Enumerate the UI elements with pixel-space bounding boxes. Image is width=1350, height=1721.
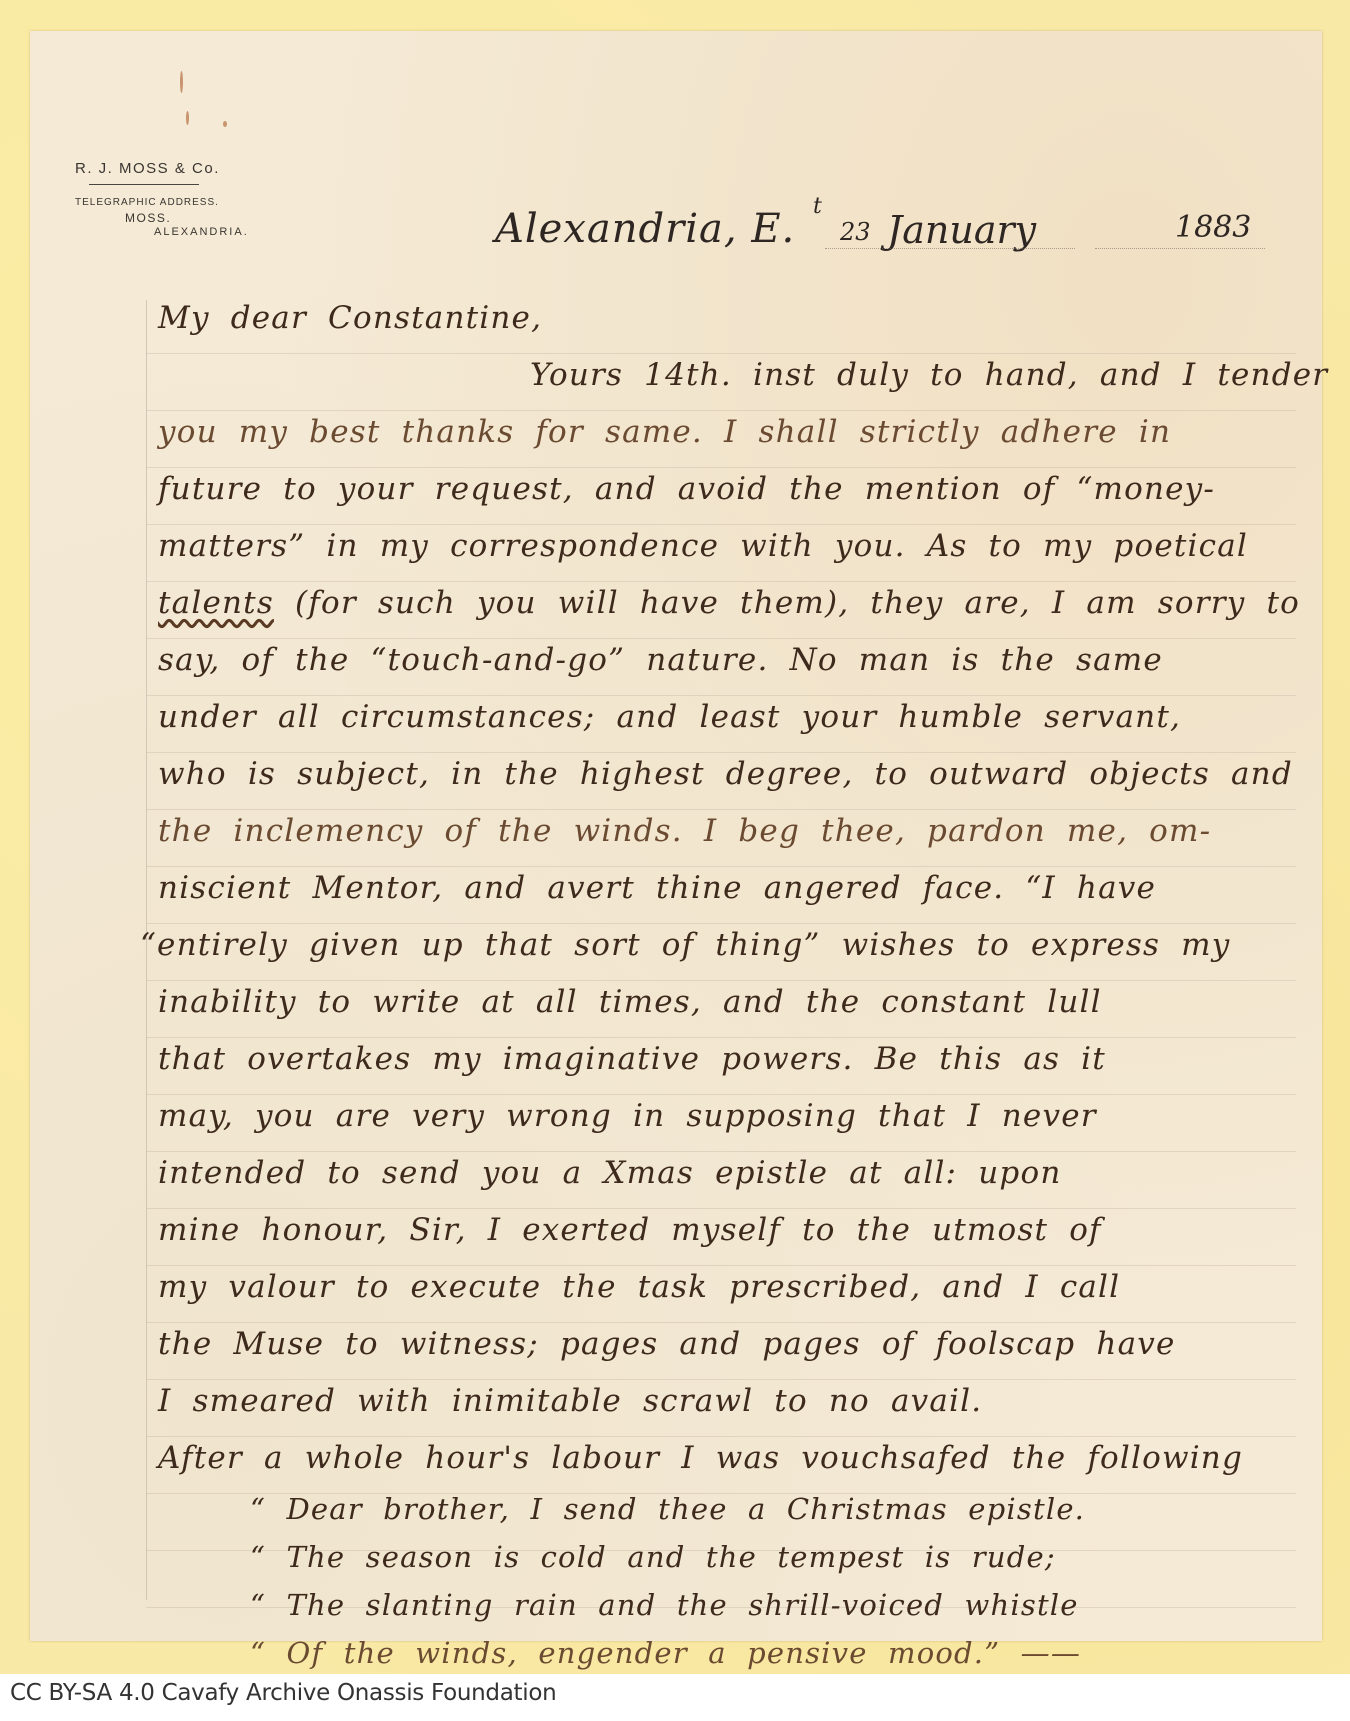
- letter-dateline: Alexandria, E. t 23 January 1883: [495, 198, 1275, 258]
- letter-line: talents (for such you will have them), t…: [158, 585, 1300, 621]
- underlined-word: talents: [158, 585, 274, 621]
- poem-line: “ The season is cold and the tempest is …: [250, 1540, 1056, 1574]
- ruled-line: [146, 923, 1296, 924]
- ruled-line: [146, 1436, 1296, 1437]
- ruled-line: [146, 809, 1296, 810]
- license-caption: CC BY-SA 4.0 Cavafy Archive Onassis Foun…: [10, 1680, 556, 1706]
- ruled-line: [146, 1265, 1296, 1266]
- letter-line: After a whole hour's labour I was vouchs…: [158, 1440, 1243, 1476]
- ruled-line: [146, 524, 1296, 525]
- ruled-line: [146, 1094, 1296, 1095]
- ink-stain: [223, 121, 227, 127]
- letterhead-telegraphic-label: TELEGRAPHIC ADDRESS.: [75, 197, 219, 208]
- ruled-line: [146, 1322, 1296, 1323]
- ruled-line: [146, 581, 1296, 582]
- poem-line: “ The slanting rain and the shrill-voice…: [250, 1588, 1079, 1622]
- ruled-line: [146, 638, 1296, 639]
- ruled-line: [146, 1037, 1296, 1038]
- letter-line: matters” in my correspondence with you. …: [158, 528, 1248, 564]
- ruled-line: [146, 1379, 1296, 1380]
- letter-line-rest: (for such you will have them), they are,…: [295, 585, 1300, 621]
- letterhead-firm-name: R. J. MOSS & Co.: [75, 160, 220, 177]
- letter-line: mine honour, Sir, I exerted myself to th…: [158, 1212, 1102, 1248]
- ruled-line: [146, 1208, 1296, 1209]
- letter-line: inability to write at all times, and the…: [158, 984, 1102, 1020]
- letter-line: say, of the “touch-and-go” nature. No ma…: [158, 642, 1163, 678]
- date-month: January: [887, 208, 1036, 252]
- ruled-line: [146, 353, 1296, 354]
- ink-stain: [180, 71, 183, 93]
- letter-line: the inclemency of the winds. I beg thee,…: [158, 813, 1211, 849]
- ruled-line: [146, 980, 1296, 981]
- letterhead-telegraphic-city: ALEXANDRIA.: [154, 226, 249, 238]
- ruled-line: [146, 467, 1296, 468]
- ink-stain: [186, 111, 189, 125]
- letter-line: “entirely given up that sort of thing” w…: [140, 927, 1230, 963]
- salutation: My dear Constantine,: [158, 300, 542, 336]
- poem-line: “ Of the winds, engender a pensive mood.…: [250, 1636, 1081, 1670]
- poem-line: “ Dear brother, I send thee a Christmas …: [250, 1492, 1085, 1526]
- letter-line: may, you are very wrong in supposing tha…: [158, 1098, 1097, 1134]
- letter-line: I smeared with inimitable scrawl to no a…: [158, 1383, 982, 1419]
- date-day: 23: [840, 218, 871, 246]
- letterhead-divider: [89, 184, 199, 185]
- letter-line: Yours 14th. inst duly to hand, and I ten…: [530, 357, 1328, 393]
- ruled-line: [146, 866, 1296, 867]
- date-place: Alexandria, E.: [495, 206, 795, 252]
- date-dotted-line: [1095, 248, 1265, 249]
- letterhead-telegraphic-name: MOSS.: [125, 211, 171, 225]
- letter-line: the Muse to witness; pages and pages of …: [158, 1326, 1176, 1362]
- letter-line: you my best thanks for same. I shall str…: [158, 414, 1171, 450]
- letter-line: intended to send you a Xmas epistle at a…: [158, 1155, 1062, 1191]
- date-place-superscript: t: [813, 194, 822, 219]
- letter-line: niscient Mentor, and avert thine angered…: [158, 870, 1156, 906]
- letter-line: under all circumstances; and least your …: [158, 699, 1181, 735]
- date-dotted-line: [825, 248, 1075, 249]
- date-year: 1883: [1175, 210, 1251, 245]
- letter-line: my valour to execute the task prescribed…: [158, 1269, 1120, 1305]
- letter-line: future to your request, and avoid the me…: [158, 471, 1215, 507]
- ruled-line: [146, 410, 1296, 411]
- letter-line: that overtakes my imaginative powers. Be…: [158, 1041, 1106, 1077]
- ruled-line: [146, 752, 1296, 753]
- letter-line: who is subject, in the highest degree, t…: [158, 756, 1293, 792]
- ruled-line: [146, 695, 1296, 696]
- ruled-line: [146, 1151, 1296, 1152]
